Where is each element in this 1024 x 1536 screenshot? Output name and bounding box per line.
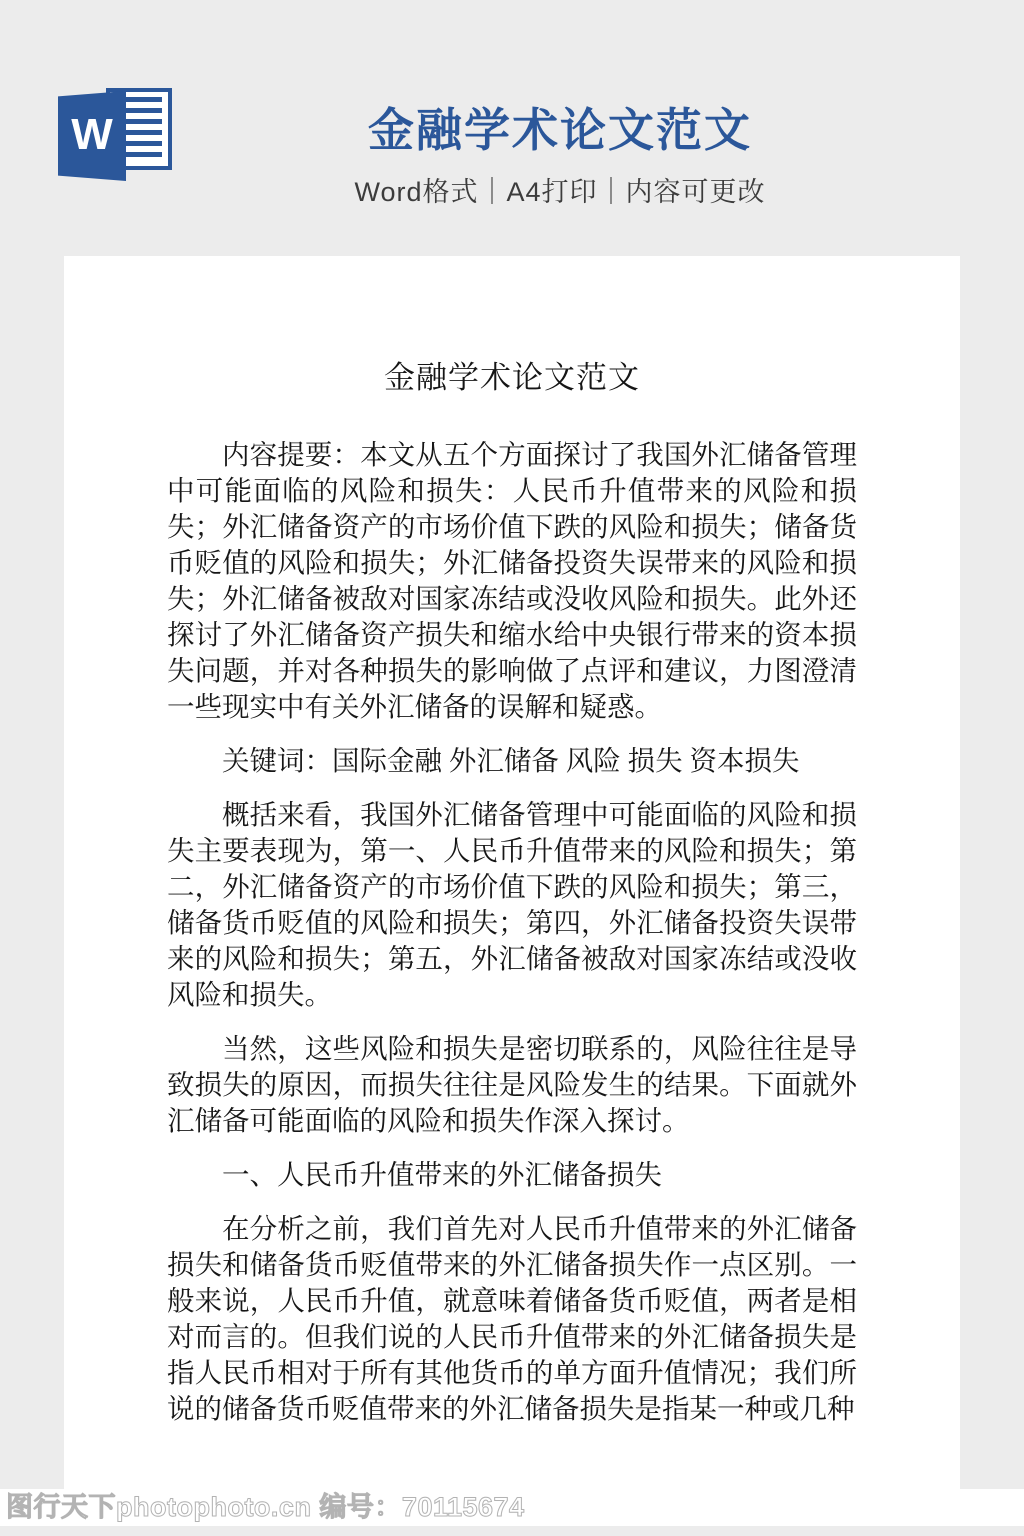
- watermark-bar: 图行天下photophoto.cn 编号：70115674: [0, 1489, 1024, 1526]
- paragraph: 关键词：国际金融 外汇储备 风险 损失 资本损失: [167, 743, 857, 779]
- page-subtitle: Word格式｜A4打印｜内容可更改: [176, 170, 944, 209]
- page-title: 金融学术论文范文: [176, 94, 944, 160]
- document-content: 金融学术论文范文 内容提要：本文从五个方面探讨了我国外汇储备管理中可能面临的风险…: [167, 256, 857, 1445]
- document-title: 金融学术论文范文: [167, 352, 857, 397]
- paragraph: 概括来看，我国外汇储备管理中可能面临的风险和损失主要表现为，第一、人民币升值带来…: [167, 797, 857, 1013]
- word-icon-flag: W: [58, 91, 126, 181]
- paragraph: 在分析之前，我们首先对人民币升值带来的外汇储备损失和储备货币贬值带来的外汇储备损…: [167, 1211, 857, 1427]
- word-icon-letter: W: [71, 110, 113, 160]
- section-heading: 一、人民币升值带来的外汇储备损失: [167, 1157, 857, 1193]
- bottom-strip: [0, 1526, 1024, 1536]
- document-body: 内容提要：本文从五个方面探讨了我国外汇储备管理中可能面临的风险和损失：人民币升值…: [167, 437, 857, 1427]
- document-page: 金融学术论文范文 内容提要：本文从五个方面探讨了我国外汇储备管理中可能面临的风险…: [64, 256, 960, 1536]
- paragraph: 内容提要：本文从五个方面探讨了我国外汇储备管理中可能面临的风险和损失：人民币升值…: [167, 437, 857, 725]
- header: 金融学术论文范文 Word格式｜A4打印｜内容可更改: [176, 94, 944, 209]
- watermark-text: 图行天下photophoto.cn 编号：70115674: [0, 1489, 1024, 1526]
- paragraph: 当然，这些风险和损失是密切联系的，风险往往是导致损失的原因，而损失往往是风险发生…: [167, 1031, 857, 1139]
- word-icon: W: [58, 88, 176, 181]
